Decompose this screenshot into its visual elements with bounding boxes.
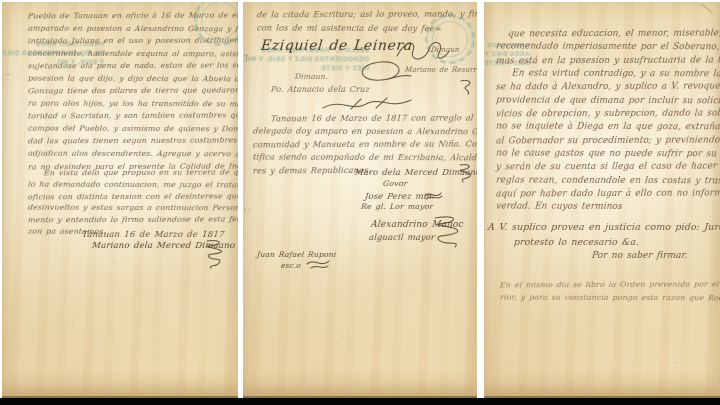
handwritten-line: no se inquiete à Diega en la que goza, e… <box>495 121 720 135</box>
handwritten-line: adjudican alos descendientes. Agregue y … <box>27 148 236 161</box>
handwritten-line: delegado doy amparo en posesion a Alexan… <box>252 125 477 139</box>
witness-signature: Mariano de Resurreccion <box>405 66 477 74</box>
signature: Eziquiel de Leinera <box>260 38 413 54</box>
handwritten-paragraph: de la citada Escritura; asi lo proveo, m… <box>257 7 477 35</box>
rubric-icon <box>427 214 467 250</box>
handwritten-paragraph: que necesita educacion, el menor, misera… <box>496 28 720 215</box>
no-firmar-line: Por no saber firmar. <box>591 251 688 261</box>
handwritten-line: con los de mi asistencia de que doy fee= <box>256 21 477 36</box>
rubric-icon <box>459 78 475 96</box>
rubric-icon <box>423 188 443 202</box>
paper-crease <box>701 4 712 14</box>
paper-specks <box>303 322 304 323</box>
handwritten-line: desinvueltos y estas sargas a continuaci… <box>27 202 236 215</box>
margin-plus-mark: + <box>244 52 248 60</box>
handwritten-line: toridad o Sacristan, y son tambien costu… <box>27 110 236 123</box>
handwritten-line: concerniente, haciendole esquina al ampa… <box>27 47 236 60</box>
handwritten-line: mento y entendido lo firmo saliendose de… <box>27 214 236 227</box>
petition-line: protesto lo necesario &a. <box>513 237 639 248</box>
handwritten-line: tifica siendo acompañado de mi Escribani… <box>252 151 477 165</box>
paper-specks <box>634 342 635 343</box>
manuscript-scan: Habilitado añosde mil ochocientos diezy … <box>0 0 720 405</box>
handwritten-line: En esta virtud contradigo, y a su nombre… <box>495 68 720 82</box>
handwritten-line: intitulada Juliana en el uso y posesion … <box>27 35 236 48</box>
handwritten-line: amparado en posesion a Alexandrino Gonza… <box>27 22 236 35</box>
handwritten-line: lo ha demandado continuacion, me juzgo e… <box>27 178 236 191</box>
handwritten-line: mas está en la posesion y usufructuaria … <box>495 54 720 68</box>
handwritten-line: Tanauan 16 de Marzo de 1817 con arreglo … <box>252 112 477 126</box>
handwritten-line: sujetandose ala pena de nada, estan de s… <box>27 60 236 73</box>
signature: Dimaun. <box>295 72 329 81</box>
scan-bottom-bar <box>0 398 720 405</box>
witness-signature: Po. Atanacio dela Cruz <box>271 85 371 94</box>
signature-title: Govor <box>383 179 408 188</box>
handwritten-line: Pueblo de Tanauan en oficio à 16 de Marz… <box>27 10 236 23</box>
handwritten-line: y serán de su cuenta si llega el caso de… <box>495 161 720 175</box>
handwritten-line: providencia de que dimana por incluir su… <box>495 94 720 108</box>
signature: Dimaun <box>431 46 460 54</box>
rubric-icon <box>457 162 475 184</box>
handwritten-paragraph: En vista delo que propuso en su tercera … <box>28 167 236 238</box>
signature-rubric-icon <box>202 238 228 270</box>
handwritten-line: recomendado imperiosamente por el Sobera… <box>495 41 720 55</box>
petition-line: A V. suplico provea en justicia como pid… <box>487 222 720 233</box>
margin-dash-mark: — <box>6 70 10 78</box>
handwritten-line: se ha dado à Alexandro, y suplico a V. r… <box>495 81 720 95</box>
handwritten-line: comunidad y Mansueta en nombre de su Niñ… <box>252 138 477 152</box>
manuscript-page-center: Sello 4.º habilitado añosochocientos die… <box>243 2 477 398</box>
handwritten-line: verdad. En cuyos terminos <box>495 201 720 215</box>
handwritten-line: de la citada Escritura; asi lo proveo, m… <box>256 7 477 22</box>
rubric-oval-icon <box>351 58 413 84</box>
signature-title: esc.o <box>281 261 302 270</box>
handwritten-line: En vista delo que propuso en su tercera … <box>27 167 236 180</box>
margin-colon-mark: :: <box>243 206 251 214</box>
handwritten-line: En el mismo dia se libró la Orden preven… <box>499 278 720 292</box>
handwritten-line: rior, y para su constancia pongo esta ra… <box>499 291 720 305</box>
manuscript-page-right: habilitadoaños diez yseis y siete que ne… <box>484 2 720 398</box>
handwritten-line: Gonzaga tiene dos pilares de tierra que … <box>27 85 236 98</box>
handwritten-line: al Gobernador su procedimiento; y previn… <box>495 134 720 148</box>
signature-title: Re gl. Lor mayor <box>361 202 434 211</box>
manuscript-page-left: Habilitado añosde mil ochocientos diezy … <box>2 2 238 398</box>
handwritten-line: reglas rezan, condenandole en los costas… <box>495 174 720 188</box>
postscript-paragraph: En el mismo dia se libró la Orden preven… <box>500 278 720 304</box>
handwritten-line: dad las quales tienen segun nuestras cos… <box>27 135 236 148</box>
handwritten-line: posesion la que dijo, y dijo decia que l… <box>27 72 236 85</box>
signature-title: alguacil mayor <box>368 232 435 242</box>
handwritten-paragraph: Pueblo de Tanauan en oficio à 16 de Marz… <box>28 10 236 173</box>
rubric-icon <box>305 256 331 272</box>
paper-specks <box>42 302 43 303</box>
